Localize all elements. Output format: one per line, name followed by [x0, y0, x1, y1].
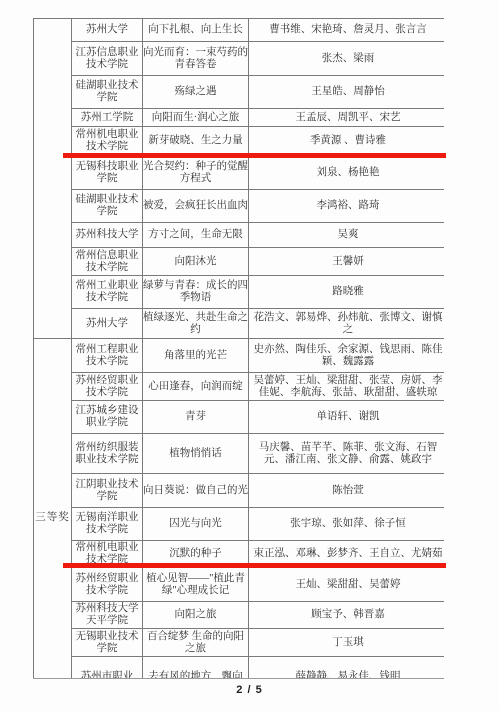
- prize-group-cell-continued: [34, 19, 72, 339]
- title-cell: 新芽破晓、生之力量: [143, 127, 249, 156]
- authors-cell: 张杰、梁雨: [249, 42, 445, 76]
- authors-cell: 丁玉琪: [249, 629, 445, 657]
- org-cell: 苏州科技大学: [72, 223, 143, 248]
- authors-cell: 刘泉、杨艳艳: [249, 156, 445, 190]
- authors-cell: 花浩文、郭易烨、孙炜航、张博文、谢慎之: [249, 309, 445, 339]
- authors-cell: 吴蕾婷、王灿、梁甜甜、张莹、房妍、李佳妮、李航海、张喆、耿甜甜、盛轶琼: [249, 373, 445, 401]
- table-row: 常州纺织服装职业技术学院植物悄悄话马庆馨、苗芊芊、陈菲、张文海、石智元、潘江南、…: [34, 434, 445, 474]
- title-cell: 向光而育：一束芍药的青春答卷: [143, 42, 249, 76]
- table-row: 苏州经贸职业技术学院心田逢春，向润而绽吴蕾婷、王灿、梁甜甜、张莹、房妍、李佳妮、…: [34, 373, 445, 401]
- title-cell: 去有风的地方，飘向: [143, 657, 249, 680]
- title-cell: 向日葵说：做自己的光: [143, 474, 249, 508]
- table-row: 苏州科技大学天平学院向阳之旅顾宝予、韩晋嘉: [34, 602, 445, 629]
- table-row: 苏州市职业去有风的地方，飘向薛静静、易永佳、钱明: [34, 657, 445, 680]
- authors-cell: 薛静静、易永佳、钱明: [249, 657, 445, 680]
- table-row: 苏州大学植绿逐光、共赴生命之约花浩文、郭易烨、孙炜航、张博文、谢慎之: [34, 309, 445, 339]
- title-cell: 百合绽梦 生命的向阳之旅: [143, 629, 249, 657]
- authors-cell: 陈怡萱: [249, 474, 445, 508]
- org-cell: 硅湖职业技术学院: [72, 76, 143, 109]
- org-cell: 硅湖职业技术学院: [72, 190, 143, 223]
- title-cell: 角落里的光芒: [143, 339, 249, 373]
- title-cell: 向下扎根、向上生长: [143, 19, 249, 42]
- table-row: 无锡职业技术学院百合绽梦 生命的向阳之旅丁玉琪: [34, 629, 445, 657]
- authors-cell: 马庆馨、苗芊芊、陈菲、张文海、石智元、潘江南、张文静、俞露、姚政宇: [249, 434, 445, 474]
- org-cell: 无锡科技职业学院: [72, 156, 143, 190]
- authors-cell: 曹书维、宋艳琦、詹灵月、张言言: [249, 19, 445, 42]
- title-cell: 向阳之旅: [143, 602, 249, 629]
- table-row: 江苏城乡建设职业学院青芽单语轩、谢凯: [34, 401, 445, 434]
- award-table-region: 苏州大学向下扎根、向上生长曹书维、宋艳琦、詹灵月、张言言江苏信息职业技术学院向光…: [33, 18, 444, 679]
- org-cell: 苏州科技大学天平学院: [72, 602, 143, 629]
- org-cell: 常州工程职业技术学院: [72, 339, 143, 373]
- table-row: 无锡科技职业学院光合契约：种子的觉醒方程式刘泉、杨艳艳: [34, 156, 445, 190]
- org-cell: 苏州经贸职业技术学院: [72, 568, 143, 602]
- authors-cell: 顾宝予、韩晋嘉: [249, 602, 445, 629]
- table-row: 硅湖职业技术学院殇绿之遇王星皓、周静怡: [34, 76, 445, 109]
- title-cell: 植心见智——"植此青绿"心理成长记: [143, 568, 249, 602]
- org-cell: 常州纺织服装职业技术学院: [72, 434, 143, 474]
- title-cell: 向阳沐光: [143, 248, 249, 276]
- red-underline-annotation: [63, 153, 446, 158]
- table-row: 常州信息职业技术学院向阳沐光王馨妍: [34, 248, 445, 276]
- authors-cell: 季黄源 、曹诗雅: [249, 127, 445, 156]
- title-cell: 方寸之间，生命无限: [143, 223, 249, 248]
- table-row: 江阴职业技术学院向日葵说：做自己的光陈怡萱: [34, 474, 445, 508]
- table-row: 常州工业职业技术学院绿萝与青春：成长的四季物语路晓雅: [34, 276, 445, 309]
- org-cell: 无锡职业技术学院: [72, 629, 143, 657]
- org-cell: 苏州工学院: [72, 109, 143, 127]
- authors-cell: 王星皓、周静怡: [249, 76, 445, 109]
- table-row: 苏州经贸职业技术学院植心见智——"植此青绿"心理成长记王灿、梁甜甜、吴蕾婷: [34, 568, 445, 602]
- table-row: 硅湖职业技术学院被爱，会疯狂长出血肉李鸿裕、路琦: [34, 190, 445, 223]
- authors-cell: 李鸿裕、路琦: [249, 190, 445, 223]
- page-number: 2 / 5: [0, 684, 499, 696]
- table-row: 无锡南洋职业技术学院囚光与向光张宇琼、张如萍、徐子恒: [34, 508, 445, 541]
- org-cell: 江苏信息职业技术学院: [72, 42, 143, 76]
- title-cell: 心田逢春，向润而绽: [143, 373, 249, 401]
- table-row: 三等奖常州工程职业技术学院角落里的光芒史亦然、陶佳乐、余家源、钱思雨、陈佳颖、魏…: [34, 339, 445, 373]
- table-row: 常州机电职业技术学院新芽破晓、生之力量季黄源 、曹诗雅: [34, 127, 445, 156]
- authors-cell: 王馨妍: [249, 248, 445, 276]
- org-cell: 无锡南洋职业技术学院: [72, 508, 143, 541]
- org-cell: 苏州市职业: [72, 657, 143, 680]
- title-cell: 向阳而生·润心之旅: [143, 109, 249, 127]
- authors-cell: 路晓雅: [249, 276, 445, 309]
- authors-cell: 王孟辰、周凯平、宋艺: [249, 109, 445, 127]
- org-cell: 苏州经贸职业技术学院: [72, 373, 143, 401]
- authors-cell: 张宇琼、张如萍、徐子恒: [249, 508, 445, 541]
- org-cell: 常州机电职业技术学院: [72, 127, 143, 156]
- title-cell: 光合契约：种子的觉醒方程式: [143, 156, 249, 190]
- title-cell: 青芽: [143, 401, 249, 434]
- org-cell: 江阴职业技术学院: [72, 474, 143, 508]
- title-cell: 植绿逐光、共赴生命之约: [143, 309, 249, 339]
- table-row: 苏州工学院向阳而生·润心之旅王孟辰、周凯平、宋艺: [34, 109, 445, 127]
- org-cell: 江苏城乡建设职业学院: [72, 401, 143, 434]
- title-cell: 绿萝与青春：成长的四季物语: [143, 276, 249, 309]
- authors-cell: 吴爽: [249, 223, 445, 248]
- org-cell: 苏州大学: [72, 309, 143, 339]
- authors-cell: 王灿、梁甜甜、吴蕾婷: [249, 568, 445, 602]
- title-cell: 殇绿之遇: [143, 76, 249, 109]
- title-cell: 植物悄悄话: [143, 434, 249, 474]
- table-row: 江苏信息职业技术学院向光而育：一束芍药的青春答卷张杰、梁雨: [34, 42, 445, 76]
- table-row: 苏州大学向下扎根、向上生长曹书维、宋艳琦、詹灵月、张言言: [34, 19, 445, 42]
- title-cell: 囚光与向光: [143, 508, 249, 541]
- red-underline-annotation: [63, 563, 446, 568]
- prize-label-third-prize: 三等奖: [34, 339, 72, 680]
- table-row: 苏州科技大学方寸之间，生命无限吴爽: [34, 223, 445, 248]
- award-table: 苏州大学向下扎根、向上生长曹书维、宋艳琦、詹灵月、张言言江苏信息职业技术学院向光…: [33, 18, 444, 679]
- org-cell: 苏州大学: [72, 19, 143, 42]
- authors-cell: 单语轩、谢凯: [249, 401, 445, 434]
- authors-cell: 史亦然、陶佳乐、余家源、钱思雨、陈佳颖、魏露露: [249, 339, 445, 373]
- org-cell: 常州工业职业技术学院: [72, 276, 143, 309]
- title-cell: 被爱，会疯狂长出血肉: [143, 190, 249, 223]
- org-cell: 常州信息职业技术学院: [72, 248, 143, 276]
